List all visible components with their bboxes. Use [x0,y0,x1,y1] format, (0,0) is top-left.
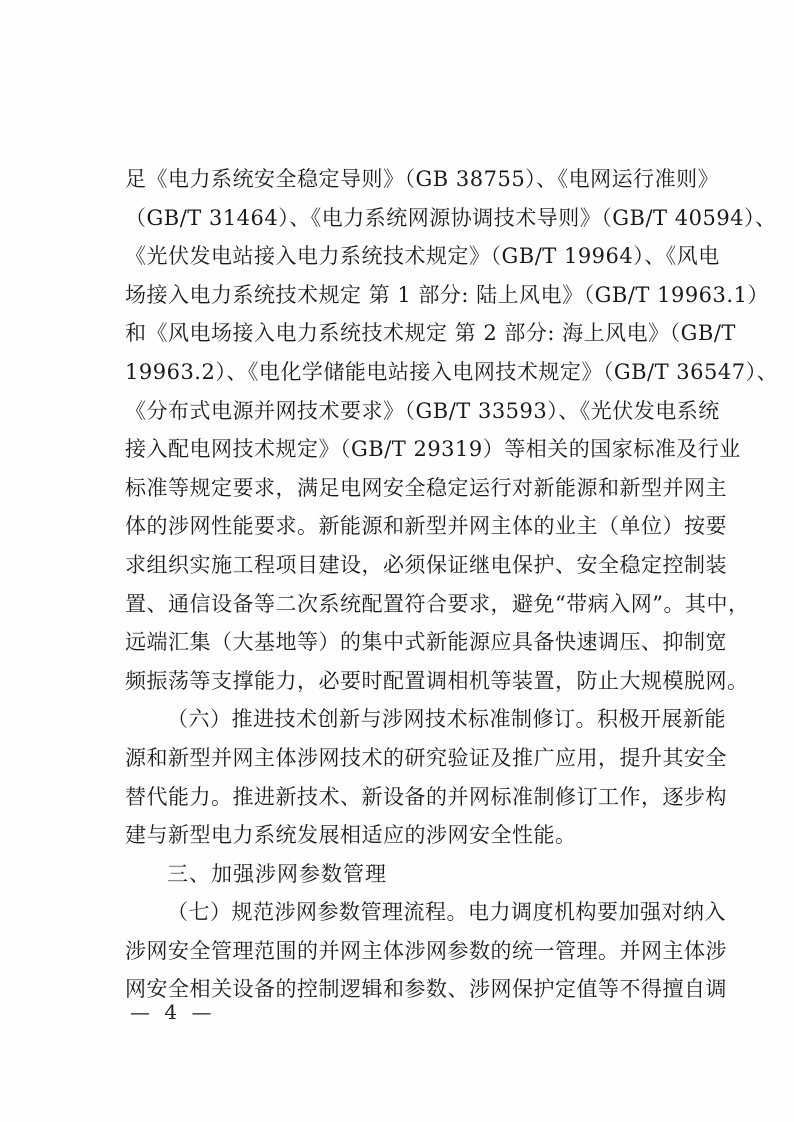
text-line: 19963.2）、《电化学储能电站接入电网技术规定》（GB/T 36547）、 [125,353,697,392]
paragraph-item-7: （七）规范涉网参数管理流程。电力调度机构要加强对纳入 涉网安全管理范围的并网主体… [125,893,697,1009]
text-line: 足《电力系统安全稳定导则》（GB 38755）、《电网运行准则》 [125,160,697,199]
page-number: — 4 — [130,1000,215,1024]
text-line: （六）推进技术创新与涉网技术标准制修订。积极开展新能 [125,700,697,739]
text-line: 建与新型电力系统发展相适应的涉网安全性能。 [125,816,697,855]
paragraph-standards-list: 足《电力系统安全稳定导则》（GB 38755）、《电网运行准则》 （GB/T 3… [125,160,697,700]
text-line: 置、通信设备等二次系统配置符合要求，避免“带病入网”。其中， [125,585,697,624]
text-line: 和《风电场接入电力系统技术规定 第 2 部分: 海上风电》（GB/T [125,314,697,353]
text-line: （GB/T 31464）、《电力系统网源协调技术导则》（GB/T 40594）、 [125,199,697,238]
text-line: 体的涉网性能要求。新能源和新型并网主体的业主（单位）按要 [125,507,697,546]
page-body: 足《电力系统安全稳定导则》（GB 38755）、《电网运行准则》 （GB/T 3… [125,160,697,1009]
text-line: 标准等规定要求，满足电网安全稳定运行对新能源和新型并网主 [125,469,697,508]
text-line: 接入配电网技术规定》（GB/T 29319）等相关的国家标准及行业 [125,430,697,469]
text-line: 《光伏发电站接入电力系统技术规定》（GB/T 19964）、《风电 [125,237,697,276]
text-line: 求组织实施工程项目建设，必须保证继电保护、安全稳定控制装 [125,546,697,585]
text-line: 场接入电力系统技术规定 第 1 部分: 陆上风电》（GB/T 19963.1） [125,276,697,315]
text-line: 替代能力。推进新技术、新设备的并网标准制修订工作，逐步构 [125,778,697,817]
text-line: 源和新型并网主体涉网技术的研究验证及推广应用，提升其安全 [125,739,697,778]
section-heading: 三、加强涉网参数管理 [125,855,697,894]
text-line: （七）规范涉网参数管理流程。电力调度机构要加强对纳入 [125,893,697,932]
paragraph-item-6: （六）推进技术创新与涉网技术标准制修订。积极开展新能 源和新型并网主体涉网技术的… [125,700,697,854]
text-line: 涉网安全管理范围的并网主体涉网参数的统一管理。并网主体涉 [125,932,697,971]
document-page: 足《电力系统安全稳定导则》（GB 38755）、《电网运行准则》 （GB/T 3… [0,0,794,1122]
text-line: 远端汇集（大基地等）的集中式新能源应具备快速调压、抑制宽 [125,623,697,662]
text-line: 《分布式电源并网技术要求》（GB/T 33593）、《光伏发电系统 [125,392,697,431]
text-line: 频振荡等支撑能力，必要时配置调相机等装置，防止大规模脱网。 [125,662,697,701]
